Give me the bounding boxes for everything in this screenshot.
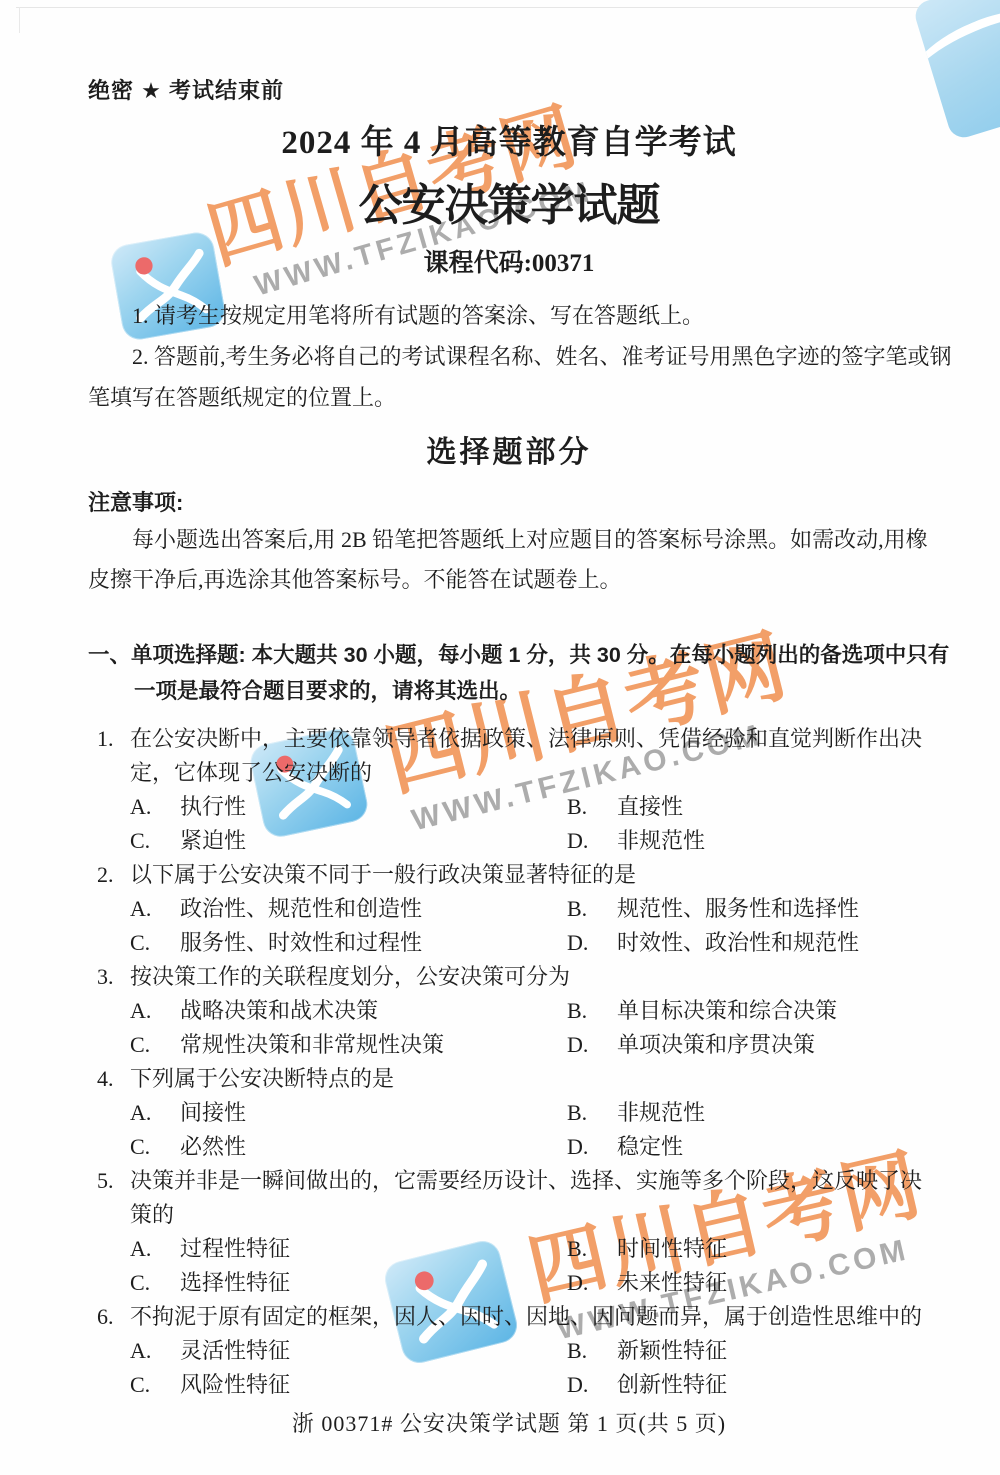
- option-label: A.: [130, 790, 180, 824]
- question-number: 5.: [97, 1164, 114, 1198]
- notes-heading: 注意事项:: [88, 486, 930, 517]
- option-label: B.: [567, 1096, 617, 1130]
- option-d: D.稳定性: [567, 1130, 930, 1164]
- option-b: B.单目标决策和综合决策: [567, 994, 930, 1028]
- options: A.灵活性特征 B.新颖性特征 C.风险性特征 D.创新性特征: [130, 1334, 930, 1402]
- option-text: 风险性特征: [180, 1372, 290, 1397]
- question-6: 6. 不拘泥于原有固定的框架，因人、因时、因地、因问题而异，属于创造性思维中的 …: [88, 1300, 930, 1402]
- part-one-heading: 一、单项选择题: 本大题共 30 小题，每小题 1 分，共 30 分。在每小题列…: [88, 637, 960, 709]
- option-text: 执行性: [180, 794, 246, 819]
- option-b: B.直接性: [567, 790, 930, 824]
- options: A.政治性、规范性和创造性 B.规范性、服务性和选择性 C.服务性、时效性和过程…: [130, 892, 930, 960]
- option-label: A.: [130, 1096, 180, 1130]
- option-a: A.间接性: [130, 1096, 567, 1130]
- instruction-1: 1. 请考生按规定用笔将所有试题的答案涂、写在答题纸上。: [88, 295, 956, 336]
- option-label: D.: [567, 1028, 617, 1062]
- option-a: A.灵活性特征: [130, 1334, 567, 1368]
- option-b: B.时间性特征: [567, 1232, 930, 1266]
- option-c: C.选择性特征: [130, 1266, 567, 1300]
- option-text: 直接性: [617, 794, 683, 819]
- option-text: 灵活性特征: [180, 1338, 290, 1363]
- question-5: 5. 决策并非是一瞬间做出的，它需要经历设计、选择、实施等多个阶段，这反映了决策…: [88, 1164, 930, 1300]
- option-label: B.: [567, 1232, 617, 1266]
- option-a: A.执行性: [130, 790, 567, 824]
- question-stem: 按决策工作的关联程度划分，公安决策可分为: [130, 960, 930, 994]
- question-3: 3. 按决策工作的关联程度划分，公安决策可分为 A.战略决策和战术决策 B.单目…: [88, 960, 930, 1062]
- option-text: 必然性: [180, 1134, 246, 1159]
- option-text: 新颖性特征: [617, 1338, 727, 1363]
- option-label: C.: [130, 1028, 180, 1062]
- option-text: 常规性决策和非常规性决策: [180, 1032, 444, 1057]
- question-number: 6.: [97, 1300, 114, 1334]
- option-label: D.: [567, 1368, 617, 1402]
- option-label: C.: [130, 1368, 180, 1402]
- question-number: 4.: [97, 1062, 114, 1096]
- option-d: D.创新性特征: [567, 1368, 930, 1402]
- option-a: A.战略决策和战术决策: [130, 994, 567, 1028]
- question-number: 2.: [97, 858, 114, 892]
- option-text: 规范性、服务性和选择性: [617, 896, 859, 921]
- question-number: 3.: [97, 960, 114, 994]
- option-label: D.: [567, 824, 617, 858]
- options: A.执行性 B.直接性 C.紧迫性 D.非规范性: [130, 790, 930, 858]
- option-label: C.: [130, 1130, 180, 1164]
- option-d: D.单项决策和序贯决策: [567, 1028, 930, 1062]
- instruction-2: 2. 答题前,考生务必将自己的考试课程名称、姓名、准考证号用黑色字迹的签字笔或钢…: [88, 336, 956, 418]
- exam-subject-title: 公安决策学试题: [88, 169, 930, 233]
- option-label: D.: [567, 926, 617, 960]
- option-b: B.新颖性特征: [567, 1334, 930, 1368]
- option-text: 选择性特征: [180, 1270, 290, 1295]
- classification-banner: 绝密 ★ 考试结束前: [88, 74, 930, 105]
- option-label: B.: [567, 892, 617, 926]
- option-label: D.: [567, 1266, 617, 1300]
- question-stem: 在公安决断中，主要依靠领导者依据政策、法律原则、凭借经验和直觉判断作出决定，它体…: [130, 722, 930, 790]
- options: A.过程性特征 B.时间性特征 C.选择性特征 D.未来性特征: [130, 1232, 930, 1300]
- question-list: 1. 在公安决断中，主要依靠领导者依据政策、法律原则、凭借经验和直觉判断作出决定…: [88, 722, 930, 1402]
- option-label: B.: [567, 994, 617, 1028]
- option-label: C.: [130, 926, 180, 960]
- question-stem: 不拘泥于原有固定的框架，因人、因时、因地、因问题而异，属于创造性思维中的: [130, 1300, 930, 1334]
- option-text: 政治性、规范性和创造性: [180, 896, 422, 921]
- option-label: D.: [567, 1130, 617, 1164]
- option-text: 单目标决策和综合决策: [617, 998, 837, 1023]
- section-title: 选择题部分: [88, 427, 930, 471]
- notes-body: 每小题选出答案后,用 2B 铅笔把答题纸上对应题目的答案标号涂黑。如需改动,用橡…: [88, 520, 930, 600]
- option-c: C.必然性: [130, 1130, 567, 1164]
- page-top-edge: [16, 7, 1000, 8]
- option-text: 稳定性: [617, 1134, 683, 1159]
- option-text: 单项决策和序贯决策: [617, 1032, 815, 1057]
- option-text: 时间性特征: [617, 1236, 727, 1261]
- option-label: C.: [130, 824, 180, 858]
- option-text: 服务性、时效性和过程性: [180, 930, 422, 955]
- page-footer: 浙 00371# 公安决策学试题 第 1 页(共 5 页): [88, 1407, 930, 1438]
- option-text: 时效性、政治性和规范性: [617, 930, 859, 955]
- exam-session-title: 2024 年 4 月高等教育自学考试: [88, 116, 930, 163]
- option-label: A.: [130, 994, 180, 1028]
- question-stem: 下列属于公安决断特点的是: [130, 1062, 930, 1096]
- option-d: D.非规范性: [567, 824, 930, 858]
- options: A.战略决策和战术决策 B.单目标决策和综合决策 C.常规性决策和非常规性决策 …: [130, 994, 930, 1062]
- option-text: 紧迫性: [180, 828, 246, 853]
- option-label: A.: [130, 892, 180, 926]
- option-b: B.规范性、服务性和选择性: [567, 892, 930, 926]
- option-text: 非规范性: [617, 1100, 705, 1125]
- option-text: 未来性特征: [617, 1270, 727, 1295]
- options: A.间接性 B.非规范性 C.必然性 D.稳定性: [130, 1096, 930, 1164]
- option-label: B.: [567, 1334, 617, 1368]
- option-label: C.: [130, 1266, 180, 1300]
- option-d: D.时效性、政治性和规范性: [567, 926, 930, 960]
- exam-paper: 绝密 ★ 考试结束前 2024 年 4 月高等教育自学考试 公安决策学试题 课程…: [0, 74, 1000, 1438]
- option-text: 过程性特征: [180, 1236, 290, 1261]
- question-stem: 以下属于公安决策不同于一般行政决策显著特征的是: [130, 858, 930, 892]
- option-text: 非规范性: [617, 828, 705, 853]
- option-c: C.紧迫性: [130, 824, 567, 858]
- option-text: 间接性: [180, 1100, 246, 1125]
- page-left-edge: [19, 7, 20, 33]
- option-label: A.: [130, 1232, 180, 1266]
- option-c: C.常规性决策和非常规性决策: [130, 1028, 567, 1062]
- option-text: 战略决策和战术决策: [180, 998, 378, 1023]
- question-4: 4. 下列属于公安决断特点的是 A.间接性 B.非规范性 C.必然性 D.稳定性: [88, 1062, 930, 1164]
- question-1: 1. 在公安决断中，主要依靠领导者依据政策、法律原则、凭借经验和直觉判断作出决定…: [88, 722, 930, 858]
- option-a: A.过程性特征: [130, 1232, 567, 1266]
- option-b: B.非规范性: [567, 1096, 930, 1130]
- course-code: 课程代码:00371: [88, 243, 930, 279]
- option-c: C.风险性特征: [130, 1368, 567, 1402]
- question-stem: 决策并非是一瞬间做出的，它需要经历设计、选择、实施等多个阶段，这反映了决策的: [130, 1164, 930, 1232]
- question-2: 2. 以下属于公安决策不同于一般行政决策显著特征的是 A.政治性、规范性和创造性…: [88, 858, 930, 960]
- option-a: A.政治性、规范性和创造性: [130, 892, 567, 926]
- option-c: C.服务性、时效性和过程性: [130, 926, 567, 960]
- option-text: 创新性特征: [617, 1372, 727, 1397]
- option-label: B.: [567, 790, 617, 824]
- question-number: 1.: [97, 722, 114, 756]
- option-label: A.: [130, 1334, 180, 1368]
- option-d: D.未来性特征: [567, 1266, 930, 1300]
